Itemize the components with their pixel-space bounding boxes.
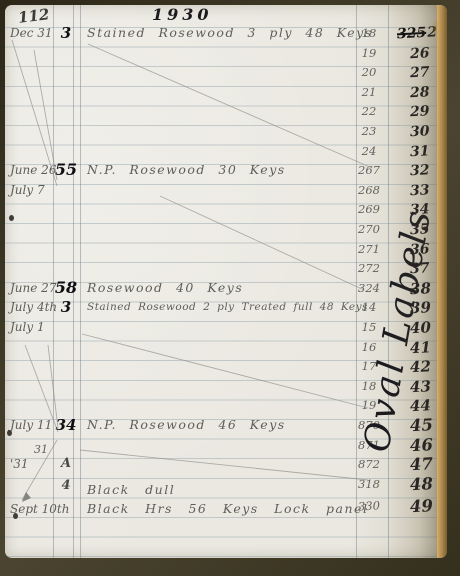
page-curl-shadow xyxy=(386,5,438,558)
ledger-page: 112 1930 Dec 31 3 Stained Rosewood 3 ply… xyxy=(5,5,447,558)
binding-speck xyxy=(7,430,12,436)
carry-line-group xyxy=(12,40,372,500)
page-edge xyxy=(437,5,447,558)
scanned-ledger-photo: 112 1930 Dec 31 3 Stained Rosewood 3 ply… xyxy=(0,0,460,576)
binding-speck xyxy=(13,513,18,519)
binding-speck xyxy=(9,215,14,221)
